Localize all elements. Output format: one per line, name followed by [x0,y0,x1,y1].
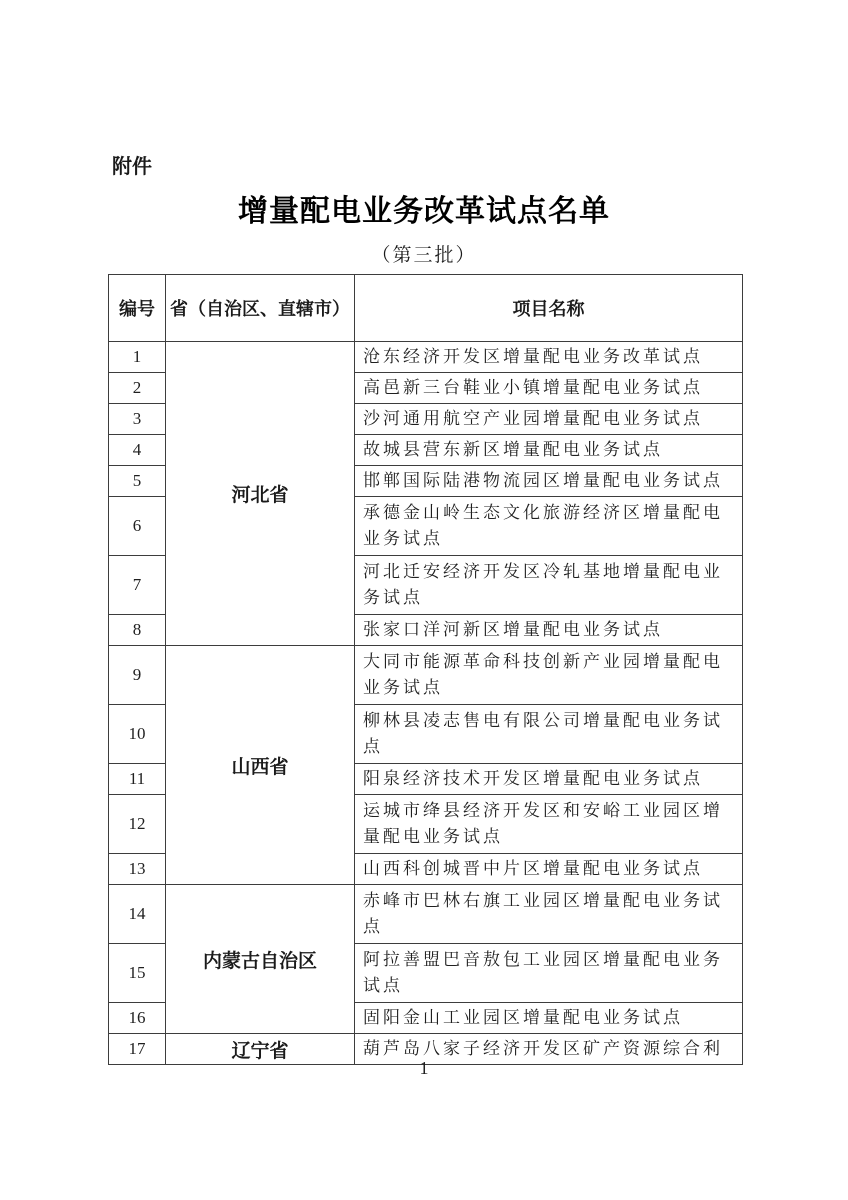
header-cell-project: 项目名称 [355,275,743,342]
table-header: 编号 省（自治区、直辖市） 项目名称 [109,275,743,342]
row-number-cell: 16 [109,1003,166,1034]
project-name-cell: 高邑新三台鞋业小镇增量配电业务试点 [355,373,743,404]
row-number-cell: 3 [109,404,166,435]
row-number-cell: 1 [109,342,166,373]
project-name-cell: 故城县营东新区增量配电业务试点 [355,435,743,466]
pilot-table-container: 编号 省（自治区、直辖市） 项目名称 1河北省沧东经济开发区增量配电业务改革试点… [108,274,742,1065]
row-number-cell: 7 [109,556,166,615]
row-number-cell: 9 [109,646,166,705]
page-number: 1 [0,1058,848,1079]
project-name-cell: 沧东经济开发区增量配电业务改革试点 [355,342,743,373]
project-name-cell: 山西科创城晋中片区增量配电业务试点 [355,854,743,885]
project-name-cell: 固阳金山工业园区增量配电业务试点 [355,1003,743,1034]
pilot-table: 编号 省（自治区、直辖市） 项目名称 1河北省沧东经济开发区增量配电业务改革试点… [108,274,743,1065]
project-name-cell: 沙河通用航空产业园增量配电业务试点 [355,404,743,435]
project-name-cell: 承德金山岭生态文化旅游经济区增量配电业务试点 [355,497,743,556]
row-number-cell: 15 [109,944,166,1003]
project-name-cell: 邯郸国际陆港物流园区增量配电业务试点 [355,466,743,497]
row-number-cell: 8 [109,615,166,646]
row-number-cell: 11 [109,764,166,795]
project-name-cell: 阳泉经济技术开发区增量配电业务试点 [355,764,743,795]
document-page: 附件 增量配电业务改革试点名单 （第三批） 编号 省（自治区、直辖市） 项目名称… [0,0,848,1200]
table-body: 1河北省沧东经济开发区增量配电业务改革试点2高邑新三台鞋业小镇增量配电业务试点3… [109,342,743,1065]
row-number-cell: 12 [109,795,166,854]
table-row: 9山西省大同市能源革命科技创新产业园增量配电业务试点 [109,646,743,705]
project-name-cell: 运城市绛县经济开发区和安峪工业园区增量配电业务试点 [355,795,743,854]
row-number-cell: 6 [109,497,166,556]
project-name-cell: 阿拉善盟巴音敖包工业园区增量配电业务试点 [355,944,743,1003]
row-number-cell: 14 [109,885,166,944]
row-number-cell: 4 [109,435,166,466]
table-row: 1河北省沧东经济开发区增量配电业务改革试点 [109,342,743,373]
row-number-cell: 13 [109,854,166,885]
page-subtitle: （第三批） [0,240,848,267]
project-name-cell: 柳林县凌志售电有限公司增量配电业务试点 [355,705,743,764]
project-name-cell: 张家口洋河新区增量配电业务试点 [355,615,743,646]
row-number-cell: 5 [109,466,166,497]
table-header-row: 编号 省（自治区、直辖市） 项目名称 [109,275,743,342]
header-cell-number: 编号 [109,275,166,342]
project-name-cell: 赤峰市巴林右旗工业园区增量配电业务试点 [355,885,743,944]
table-row: 14内蒙古自治区赤峰市巴林右旗工业园区增量配电业务试点 [109,885,743,944]
province-cell: 内蒙古自治区 [166,885,355,1034]
row-number-cell: 2 [109,373,166,404]
row-number-cell: 10 [109,705,166,764]
province-cell: 山西省 [166,646,355,885]
province-cell: 河北省 [166,342,355,646]
attachment-label: 附件 [112,150,152,179]
page-title: 增量配电业务改革试点名单 [0,186,848,230]
header-cell-province: 省（自治区、直辖市） [166,275,355,342]
project-name-cell: 大同市能源革命科技创新产业园增量配电业务试点 [355,646,743,705]
project-name-cell: 河北迁安经济开发区冷轧基地增量配电业务试点 [355,556,743,615]
